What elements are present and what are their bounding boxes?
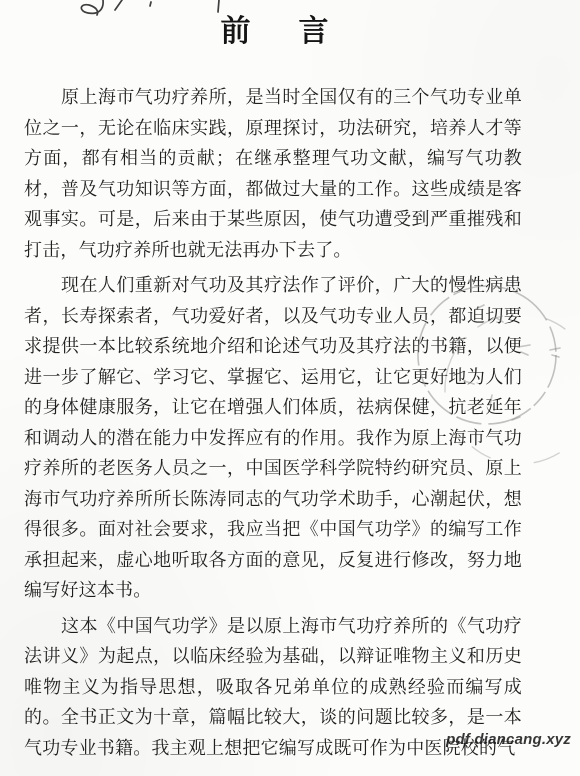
text-line: 的身体健康服务，让它在增强人们体质，祛病保健，抗老延年	[24, 392, 522, 423]
paragraph: 原上海市气功疗养所，是当时全国仅有的三个气功专业单位之一，无论在临床实践，原理探…	[24, 82, 522, 265]
page-title: 前 言	[0, 6, 569, 50]
text-line: 现在人们重新对气功及其疗法作了评价，广大的慢性病患	[24, 270, 522, 301]
text-line: 编写好这本书。	[24, 575, 522, 606]
text-line: 这本《中国气功学》是以原上海市气功疗养所的《气功疗	[24, 611, 522, 642]
text-line: 承担起来，虚心地听取各方面的意见，反复进行修改，努力地	[24, 545, 522, 576]
text-line: 法讲义》为起点，以临床经验为基础，以辩证唯物主义和历史	[24, 641, 522, 672]
text-line: 得很多。面对社会要求，我应当把《中国气功学》的编写工作	[24, 514, 522, 545]
text-line: 疗养所的老医务人员之一，中国医学科学院特约研究员、原上	[24, 453, 522, 484]
scanned-book-page: 前 言 原上海市气功疗养所，是当时全国仅有的三个气功专业单位之一，无论在临床实践…	[0, 0, 580, 776]
text-line: 的。全书正文为十章，篇幅比较大，谈的问题比较多，是一本	[24, 702, 522, 733]
text-line: 方面，都有相当的贡献；在继承整理气功文献，编写气功教	[24, 143, 522, 174]
text-line: 进一步了解它、学习它、掌握它、运用它，让它更好地为人们	[24, 362, 522, 393]
text-line: 打击，气功疗养所也就无法再办下去了。	[24, 235, 522, 266]
text-line: 和调动人的潜在能力中发挥应有的作用。我作为原上海市气功	[24, 423, 522, 454]
body-text: 原上海市气功疗养所，是当时全国仅有的三个气功专业单位之一，无论在临床实践，原理探…	[24, 82, 522, 763]
text-line: 原上海市气功疗养所，是当时全国仅有的三个气功专业单	[24, 82, 522, 113]
text-line: 位之一，无论在临床实践，原理探讨，功法研究，培养人才等	[24, 113, 522, 144]
text-line: 海市气功疗养所所长陈涛同志的气功学术助手，心潮起伏，想	[24, 484, 522, 515]
text-line: 唯物主义为指导思想，吸取各兄弟单位的成熟经验而编写成	[24, 672, 522, 703]
text-line: 者，长寿探索者，气功爱好者，以及气功专业人员，都迫切要	[24, 301, 522, 332]
watermark: pdf.diancang.xyz	[446, 731, 571, 748]
paragraph: 现在人们重新对气功及其疗法作了评价，广大的慢性病患者，长寿探索者，气功爱好者，以…	[24, 270, 522, 606]
text-line: 求提供一本比较系统地介绍和论述气功及其疗法的书籍，以便	[24, 331, 522, 362]
text-line: 观事实。可是，后来由于某些原因，使气功遭受到严重摧残和	[24, 204, 522, 235]
text-line: 材，普及气功知识等方面，都做过大量的工作。这些成绩是客	[24, 174, 522, 205]
